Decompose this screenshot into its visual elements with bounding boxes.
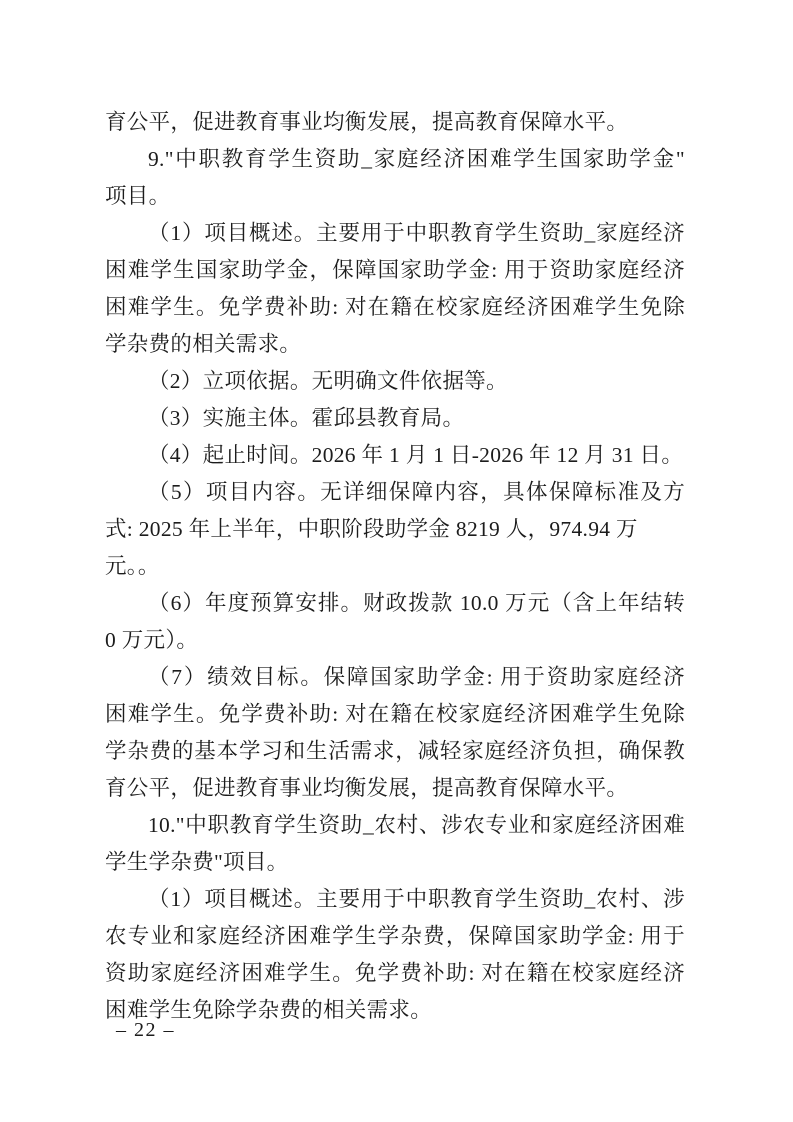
doc-line: （5）项目内容。无详细保障内容，具体保障标准及方 [105,474,685,511]
doc-line: 学杂费的相关需求。 [105,326,685,363]
doc-line: 资助家庭经济困难学生。免学费补助: 对在籍在校家庭经济 [105,955,685,992]
doc-line: 学生学杂费"项目。 [105,844,685,881]
doc-line: （7）绩效目标。保障国家助学金: 用于资助家庭经济 [105,659,685,696]
doc-line: （1）项目概述。主要用于中职教育学生资助_农村、涉 [105,881,685,918]
doc-line: 农专业和家庭经济困难学生学杂费，保障国家助学金: 用于 [105,918,685,955]
doc-line: 式: 2025 年上半年，中职阶段助学金 8219 人，974.94 万元。。 [105,511,685,585]
page-number: – 22 – [116,1017,175,1043]
doc-line: （4）起止时间。2026 年 1 月 1 日-2026 年 12 月 31 日。 [105,437,685,474]
doc-line: 困难学生。免学费补助: 对在籍在校家庭经济困难学生免除 [105,696,685,733]
doc-line: （1）项目概述。主要用于中职教育学生资助_家庭经济 [105,215,685,252]
doc-line: （2）立项依据。无明确文件依据等。 [105,363,685,400]
doc-line: 困难学生。免学费补助: 对在籍在校家庭经济困难学生免除 [105,289,685,326]
doc-line: 项目。 [105,178,685,215]
doc-line-section-10-title: 10."中职教育学生资助_农村、涉农专业和家庭经济困难 [105,807,685,844]
document-body: 育公平，促进教育事业均衡发展，提高教育保障水平。 9."中职教育学生资助_家庭经… [105,104,685,1029]
doc-line: 学杂费的基本学习和生活需求，减轻家庭经济负担，确保教 [105,733,685,770]
doc-line: （6）年度预算安排。财政拨款 10.0 万元（含上年结转 [105,585,685,622]
doc-line: 困难学生免除学杂费的相关需求。 [105,992,685,1029]
doc-line: 困难学生国家助学金，保障国家助学金: 用于资助家庭经济 [105,252,685,289]
doc-line: （3）实施主体。霍邱县教育局。 [105,400,685,437]
doc-line-section-9-title: 9."中职教育学生资助_家庭经济困难学生国家助学金" [105,141,685,178]
doc-line: 0 万元）。 [105,622,685,659]
document-page: 育公平，促进教育事业均衡发展，提高教育保障水平。 9."中职教育学生资助_家庭经… [0,0,793,1122]
doc-line: 育公平，促进教育事业均衡发展，提高教育保障水平。 [105,770,685,807]
doc-line: 育公平，促进教育事业均衡发展，提高教育保障水平。 [105,104,685,141]
